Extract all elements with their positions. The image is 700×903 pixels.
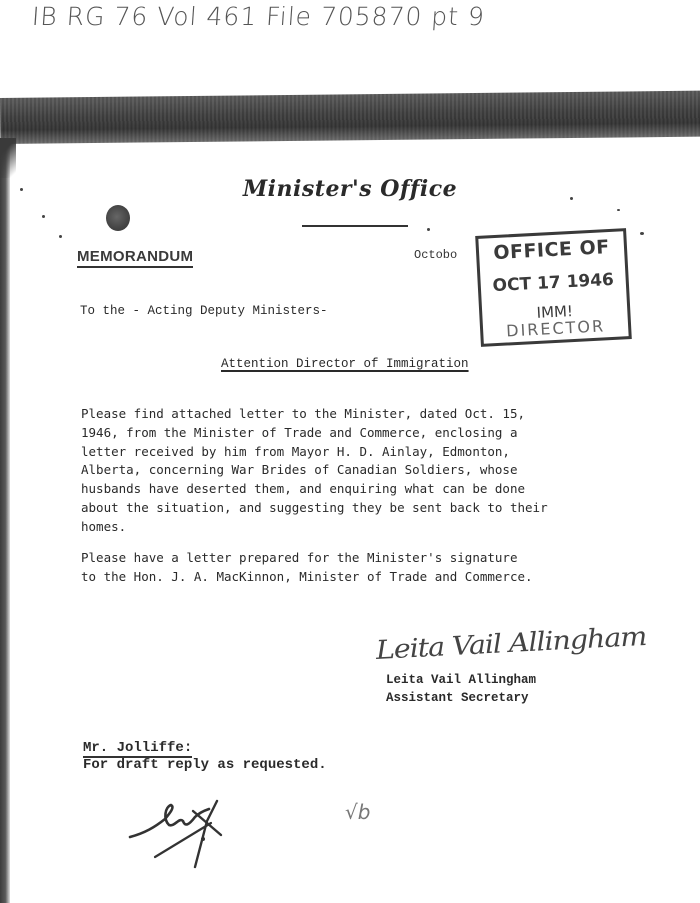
memo-label: MEMORANDUM bbox=[77, 248, 193, 268]
scan-speck bbox=[42, 215, 45, 218]
hole-punch bbox=[106, 205, 130, 231]
scan-shadow-bar bbox=[0, 91, 700, 144]
scan-speck bbox=[640, 232, 644, 235]
routing-addressee: Mr. Jolliffe: bbox=[83, 740, 192, 758]
margin-handwritten-note: √b bbox=[345, 800, 370, 824]
scan-speck bbox=[59, 235, 62, 238]
handwritten-signature: Leita Vail Allingham bbox=[375, 622, 647, 666]
scan-speck bbox=[570, 197, 573, 200]
attention-line: Attention Director of Immigration bbox=[221, 357, 469, 371]
routing-note: For draft reply as requested. bbox=[83, 757, 327, 773]
stamp-office: OFFICE OF bbox=[479, 235, 625, 265]
handwritten-initials-icon bbox=[125, 795, 245, 875]
letterhead-title: Minister's Office bbox=[0, 176, 700, 202]
scan-corner-shadow bbox=[0, 138, 16, 178]
scan-left-edge bbox=[0, 140, 10, 903]
received-stamp: OFFICE OF OCT 17 1946 IMM! DIRECTOR bbox=[475, 228, 632, 347]
archive-reference: IB RG 76 Vol 461 File 705870 pt 9 bbox=[31, 2, 486, 31]
stamp-date: OCT 17 1946 bbox=[480, 269, 626, 297]
scan-speck bbox=[617, 209, 620, 211]
body-paragraph-2: Please have a letter prepared for the Mi… bbox=[81, 549, 641, 587]
signatory-name: Leita Vail Allingham bbox=[386, 673, 536, 687]
memo-date: Octobo bbox=[414, 248, 457, 262]
scan-speck bbox=[20, 188, 23, 191]
letterhead-rule bbox=[302, 225, 408, 227]
body-paragraph-1: Please find attached letter to the Minis… bbox=[81, 405, 641, 537]
to-line: To the - Acting Deputy Ministers- bbox=[80, 304, 328, 318]
scan-speck bbox=[427, 228, 430, 231]
signatory-title: Assistant Secretary bbox=[386, 691, 529, 705]
